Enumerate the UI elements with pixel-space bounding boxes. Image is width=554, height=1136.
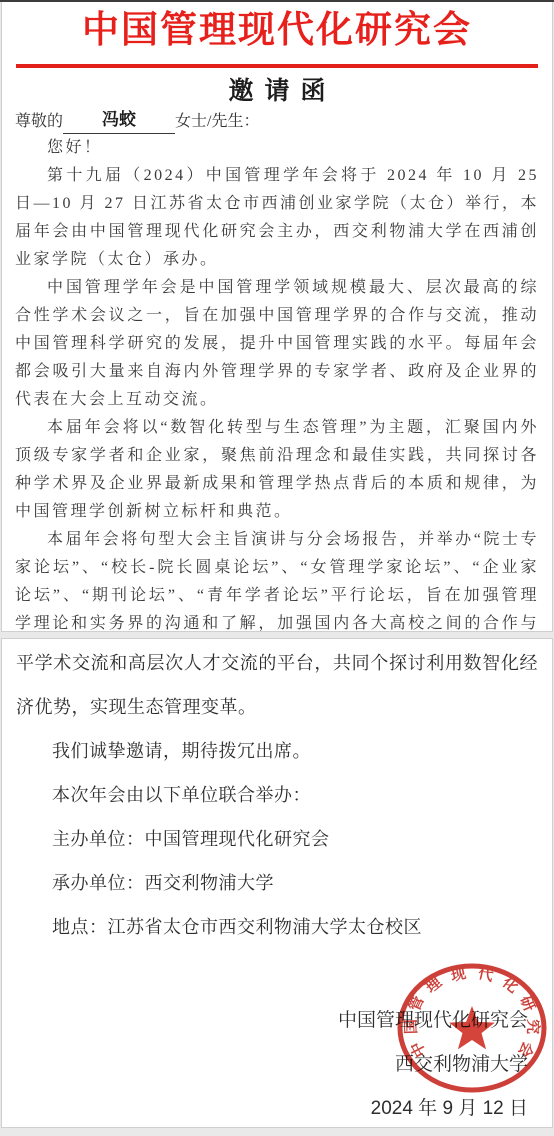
letter-page-1: 中国管理现代化研究会 邀请函 尊敬的冯蛟女士/先生： 您好！ 第十九届（2024… <box>1 2 553 632</box>
paragraph-organizer-org: 承办单位：西交利物浦大学 <box>16 861 538 905</box>
paragraph-venue: 地点：江苏省太仓市西交利物浦大学太仓校区 <box>16 905 538 949</box>
paragraph-3: 本届年会将以“数智化转型与生态管理”为主题，汇聚国内外顶级专家学者和企业家，聚焦… <box>15 414 539 526</box>
recipient-name-underline: 冯蛟 <box>63 108 175 134</box>
salutation: 您好！ <box>15 134 539 162</box>
org-letterhead-title: 中国管理现代化研究会 <box>15 10 539 51</box>
paragraph-2: 中国管理学年会是中国管理学领域规模最大、层次最高的综合性学术会议之一，旨在加强中… <box>15 274 539 414</box>
recipient-name: 冯蛟 <box>102 110 136 129</box>
signature-block: 中国管理现代化研究会 西交利物浦大学 2024 年 9 月 12 日 <box>16 999 538 1128</box>
window-top-edge <box>0 0 554 2</box>
paragraph-4: 本届年会将句型大会主旨演讲与分会场报告，并举办“院士专家论坛”、“校长-院长圆桌… <box>15 526 539 632</box>
letter-page-2: 平学术交流和高层次人才交流的平台，共同个探讨利用数智化经济优势，实现生态管理变革… <box>1 638 553 1128</box>
letter-body-page-1: 您好！ 第十九届（2024）中国管理学年会将于 2024 年 10 月 25 日… <box>15 134 539 632</box>
greeting-suffix: 女士/先生： <box>175 113 259 130</box>
letter-body-page-2: 平学术交流和高层次人才交流的平台，共同个探讨利用数智化经济优势，实现生态管理变革… <box>16 641 538 949</box>
greeting-prefix: 尊敬的 <box>15 113 63 130</box>
paragraph-invite: 我们诚挚邀请，期待拨冗出席。 <box>16 729 538 773</box>
paragraph-host-org: 主办单位：中国管理现代化研究会 <box>16 817 538 861</box>
signature-org-primary: 中国管理现代化研究会 <box>16 999 528 1043</box>
letter-title: 邀请函 <box>15 77 539 106</box>
signature-org-secondary: 西交利物浦大学 <box>16 1043 528 1087</box>
letterhead-divider-rule <box>16 64 538 68</box>
signature-date: 2024 年 9 月 12 日 <box>16 1087 528 1128</box>
paragraph-cohost-intro: 本次年会由以下单位联合举办： <box>16 773 538 817</box>
greeting-line: 尊敬的冯蛟女士/先生： <box>15 108 539 134</box>
paragraph-4-continuation: 平学术交流和高层次人才交流的平台，共同个探讨利用数智化经济优势，实现生态管理变革… <box>16 641 538 729</box>
paragraph-1: 第十九届（2024）中国管理学年会将于 2024 年 10 月 25 日—10 … <box>15 162 539 274</box>
